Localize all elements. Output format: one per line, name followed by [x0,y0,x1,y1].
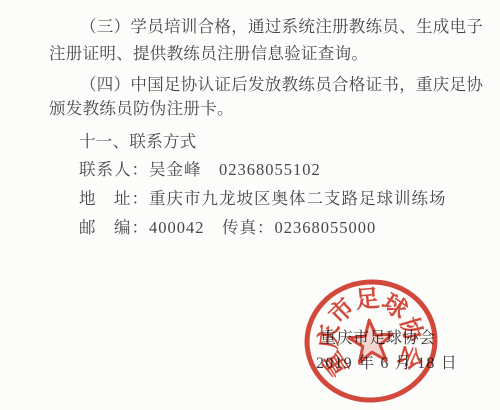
address-line: 地 址：重庆市九龙坡区奥体二支路足球训练场 [79,185,447,209]
seal-ring-char: 会 [392,341,427,374]
para-3-line-2: 注册证明、提供教练员注册信息验证查询。 [49,40,368,64]
para-3-line-1: （三）学员培训合格，通过系统注册教练员、生成电子 [80,13,483,37]
postcode-fax-line: 邮 编：400042 传真：02368055000 [79,214,376,238]
official-seal: 重 庆 市 足 球 协 会 [292,272,450,410]
seal-star-icon [347,318,394,363]
section-heading-contact: 十一、联系方式 [79,128,197,152]
seal-ring-char: 足 [354,285,380,314]
para-4-line-1: （四）中国足协认证后发放教练员合格证书，重庆足协 [80,71,483,95]
para-4-line-2: 颁发教练员防伪注册卡。 [49,95,234,119]
document-page: （三）学员培训合格，通过系统注册教练员、生成电子 注册证明、提供教练员注册信息验… [0,0,500,410]
seal-ring-char: 重 [318,346,354,381]
contact-person-line: 联系人：吴金峰 02368055102 [79,156,321,180]
